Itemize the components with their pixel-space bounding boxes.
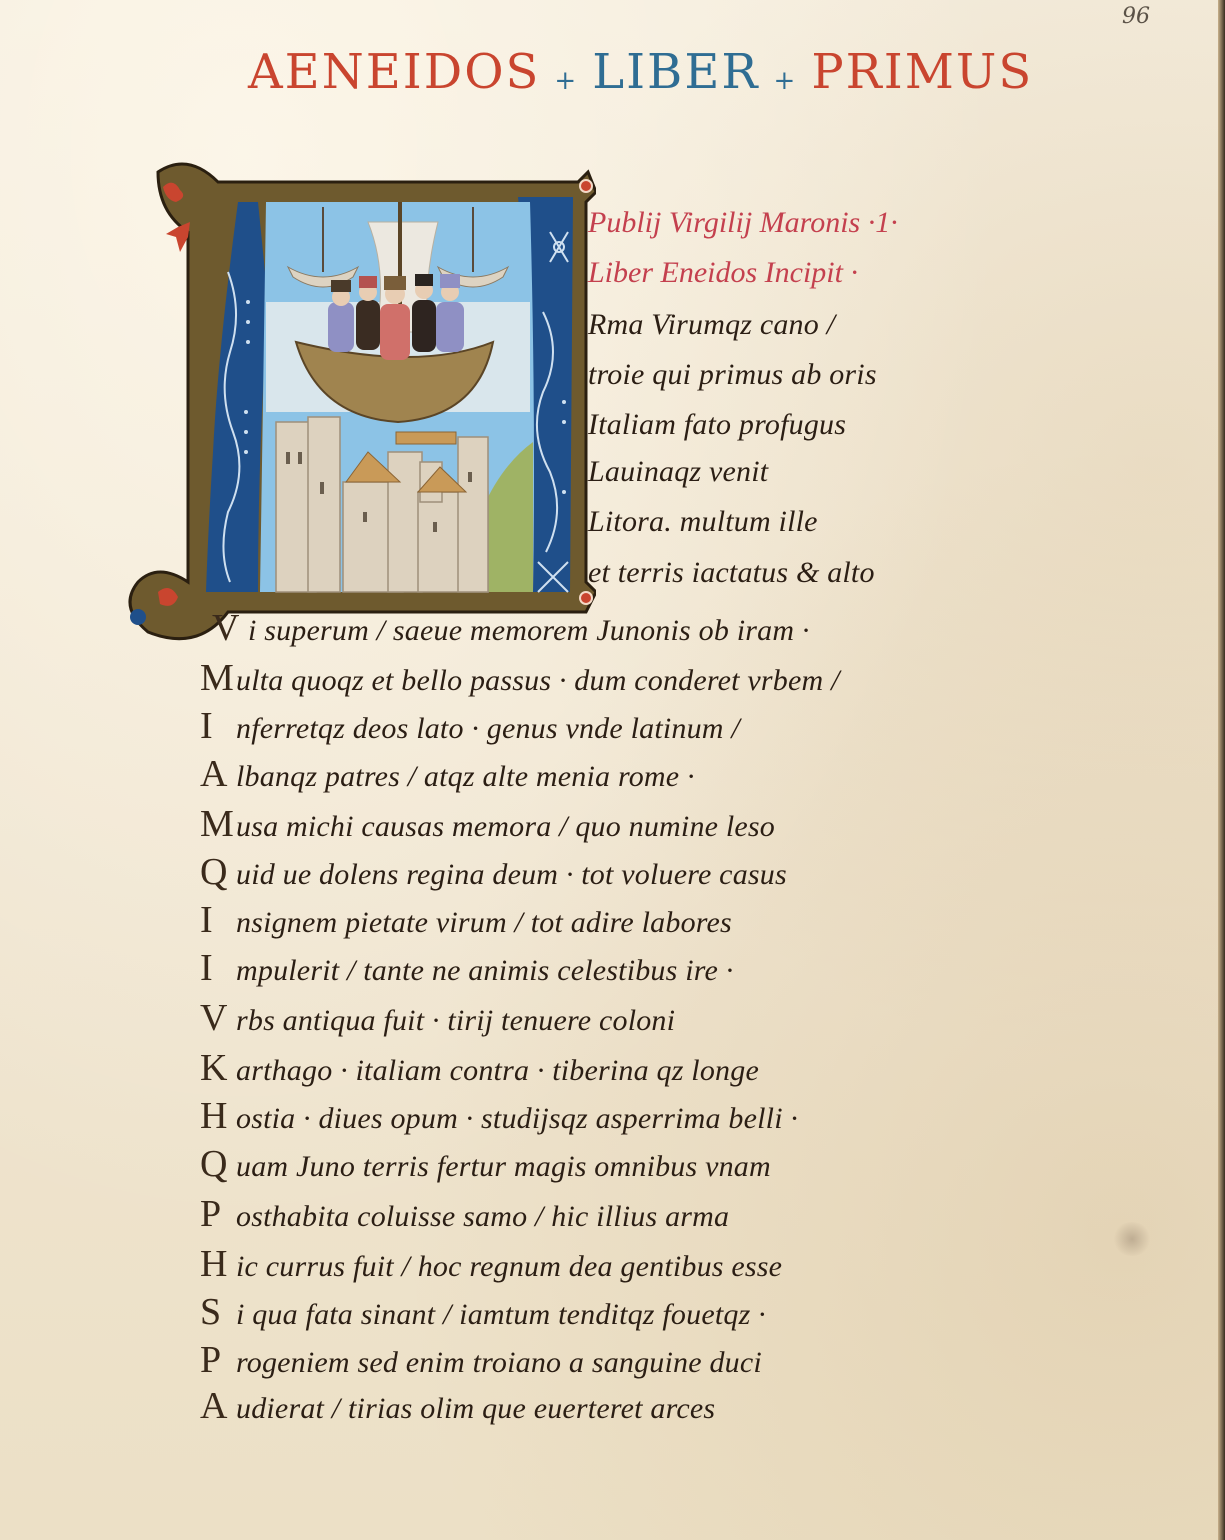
verse-initial: Q (200, 850, 236, 894)
verse-initial: Q (200, 1142, 236, 1186)
verse-line: Karthago · italiam contra · tiberina qz … (200, 1046, 759, 1090)
verse-initial: H (200, 1242, 236, 1286)
verse-line: Posthabita coluisse samo / hic illius ar… (200, 1192, 729, 1236)
verse-text: rbs antiqua fuit · tirij tenuere coloni (236, 1004, 675, 1037)
verse-line: Vrbs antiqua fuit · tirij tenuere coloni (200, 996, 675, 1040)
verse-line: Italiam fato profugus (588, 408, 846, 442)
verse-text: udierat / tirias olim que euerteret arce… (236, 1392, 715, 1425)
illuminated-initial (118, 152, 596, 652)
verse-line: Vi superum / saeue memorem Junonis ob ir… (212, 606, 810, 650)
verse-initial: K (200, 1046, 236, 1090)
rubric-line-1: Publij Virgilij Maronis ·1· (588, 206, 898, 240)
verse-line: Hostia · diues opum · studijsqz asperrim… (200, 1094, 798, 1138)
verse-text: ulta quoqz et bello passus · dum condere… (236, 664, 840, 697)
verse-line: Albanqz patres / atqz alte menia rome · (200, 752, 695, 796)
verse-text: ostia · diues opum · studijsqz asperrima… (236, 1102, 798, 1135)
verse-line: Impulerit / tante ne animis celestibus i… (200, 946, 733, 990)
verse-text: rogeniem sed enim troiano a sanguine duc… (236, 1346, 762, 1379)
title-word-primus: PRIMUS (811, 44, 1033, 100)
verse-text: lbanqz patres / atqz alte menia rome · (236, 760, 695, 793)
verse-initial: S (200, 1290, 236, 1334)
illuminated-initial-a-icon (118, 152, 596, 652)
page-edge (1218, 0, 1225, 1540)
verse-initial: V (200, 996, 236, 1040)
verse-text: uam Juno terris fertur magis omnibus vna… (236, 1150, 771, 1183)
verse-initial: P (200, 1338, 236, 1382)
verse-line: Si qua fata sinant / iamtum tenditqz fou… (200, 1290, 766, 1334)
verse-text: usa michi causas memora / quo numine les… (236, 810, 775, 843)
verse-line: Rma Virumqz cano / (588, 308, 835, 342)
title-separator: + (554, 66, 578, 102)
verse-line: Audierat / tirias olim que euerteret arc… (200, 1384, 715, 1428)
title-word-aeneidos: AENEIDOS (248, 44, 540, 100)
verse-text: arthago · italiam contra · tiberina qz l… (236, 1054, 759, 1087)
verse-initial: I (200, 898, 236, 942)
verse-initial: I (200, 946, 236, 990)
verse-text: nferretqz deos lato · genus vnde latinum… (236, 712, 740, 745)
verse-line: troie qui primus ab oris (588, 358, 877, 392)
verse-initial: A (200, 1384, 236, 1428)
verse-text: mpulerit / tante ne animis celestibus ir… (236, 954, 733, 987)
verse-initial: I (200, 704, 236, 748)
title-word-liber: LIBER (592, 44, 759, 100)
verse-line: Progeniem sed enim troiano a sanguine du… (200, 1338, 762, 1382)
verse-initial: M (200, 802, 236, 846)
verse-initial: P (200, 1192, 236, 1236)
verse-initial: V (212, 606, 248, 650)
verse-initial: H (200, 1094, 236, 1138)
verse-line: Lauinaqz venit (588, 455, 768, 489)
verse-line: et terris iactatus & alto (588, 556, 875, 590)
verse-line: Inferretqz deos lato · genus vnde latinu… (200, 704, 740, 748)
verse-line: Litora. multum ille (588, 505, 818, 539)
title-separator: + (774, 66, 798, 102)
verse-line: Insignem pietate virum / tot adire labor… (200, 898, 732, 942)
parchment-stain (1112, 1222, 1152, 1256)
folio-number: 96 (1122, 4, 1150, 29)
verse-line: Multa quoqz et bello passus · dum conder… (200, 656, 840, 700)
verse-text: i qua fata sinant / iamtum tenditqz foue… (236, 1298, 766, 1331)
verse-line: Quid ue dolens regina deum · tot voluere… (200, 850, 787, 894)
verse-line: Musa michi causas memora / quo numine le… (200, 802, 775, 846)
verse-initial: M (200, 656, 236, 700)
verse-text: nsignem pietate virum / tot adire labore… (236, 906, 732, 939)
verse-text: ic currus fuit / hoc regnum dea gentibus… (236, 1250, 782, 1283)
manuscript-page: 96 AENEIDOS + LIBER + PRIMUS (0, 0, 1218, 1540)
verse-initial: A (200, 752, 236, 796)
verse-line: Hic currus fuit / hoc regnum dea gentibu… (200, 1242, 782, 1286)
rubric-line-2: Liber Eneidos Incipit · (588, 256, 858, 290)
verse-text: i superum / saeue memorem Junonis ob ira… (248, 614, 810, 647)
verse-text: osthabita coluisse samo / hic illius arm… (236, 1200, 729, 1233)
verse-text: uid ue dolens regina deum · tot voluere … (236, 858, 787, 891)
running-title: AENEIDOS + LIBER + PRIMUS (248, 42, 1208, 102)
verse-line: Quam Juno terris fertur magis omnibus vn… (200, 1142, 771, 1186)
